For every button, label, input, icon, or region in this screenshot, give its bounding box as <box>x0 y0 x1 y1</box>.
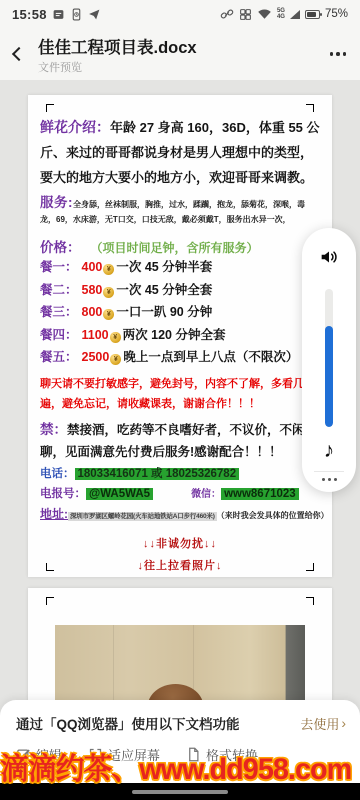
forbid-paragraph: 禁：禁接酒，吃药等不良嗜好者，不议价，不闲聊，见面满意先付费后服务!感谢配合！！… <box>40 419 320 463</box>
forbid-label: 禁： <box>40 422 67 437</box>
meal-label: 餐二： <box>40 283 78 297</box>
battery-percent: 75% <box>325 8 348 20</box>
phone-screen: 15:58 5G 4G <box>0 0 360 800</box>
telegram-wechat-row: 电报号：@WA5WA5微信：www8671023 <box>40 486 320 503</box>
music-note-icon[interactable]: ♪ <box>324 439 335 463</box>
telegram-icon <box>88 8 101 21</box>
meal-label: 餐三： <box>40 305 78 319</box>
meal-desc: 一次 45 分钟半套 <box>116 260 212 274</box>
crop-mark <box>46 597 54 605</box>
notice-line-2: ↓往上拉看照片↓ <box>40 557 320 573</box>
price-note: （项目时间足钟，含所有服务） <box>97 241 259 255</box>
floating-media-panel: ♪ <box>302 228 356 492</box>
meal-price: 400 <box>82 260 103 274</box>
wechat-label: 微信： <box>191 489 221 500</box>
phone-row: 电话：18033416071 或 18025326782 <box>40 466 320 483</box>
wifi-icon <box>257 8 272 20</box>
money-bag-icon: ¥ <box>103 287 114 298</box>
meal-row: 餐一：400¥一次 45 分钟半套 <box>40 256 320 279</box>
price-label: 价格： <box>40 240 81 255</box>
money-bag-icon: ¥ <box>103 264 114 275</box>
crop-mark <box>46 104 54 112</box>
volume-slider[interactable] <box>325 289 333 427</box>
telegram-handle: @WA5WA5 <box>86 488 153 500</box>
warning-text: 聊天请不要打敏感字，避免封号，内容不了解，多看几遍，避免忘记，请收藏课表，谢谢合… <box>40 374 320 414</box>
signal-icon <box>290 10 300 19</box>
network-type-label: 5G 4G <box>277 8 285 20</box>
meal-price: 800 <box>82 305 103 319</box>
crop-mark <box>306 563 314 571</box>
battery-icon <box>305 10 320 19</box>
meal-price: 1100 <box>82 328 109 342</box>
address-row: 地址:深圳市罗湖区螺岭花园(火车站地铁站A口步行460米)（来时我会发具体的位置… <box>40 506 320 525</box>
meal-desc: 一次 45 分钟全套 <box>116 283 212 297</box>
gesture-pill[interactable] <box>132 790 228 794</box>
address-label: 地址: <box>40 507 68 521</box>
intro-paragraph: 鲜花介绍：年龄 27 身高 160，36D，体重 55 公斤、来过的哥哥都说身材… <box>40 115 320 190</box>
link-icon <box>220 7 234 21</box>
meal-price: 2500 <box>82 350 110 364</box>
meal-desc: 晚上一点到早上八点（不限次） <box>123 350 298 364</box>
document-title: 佳佳工程项目表.docx <box>38 34 330 58</box>
telegram-label: 电报号： <box>40 488 86 500</box>
go-use-button[interactable]: 去使用› <box>300 714 346 733</box>
notice-line-1: ↓↓非诚勿扰↓↓ <box>40 535 320 551</box>
status-bar: 15:58 5G 4G <box>0 0 360 28</box>
services-paragraph: 服务:全身舔，丝袜制服，胸推，过水，蹂躏，抱龙，舔菊花，深喉，毒龙，69，水床游… <box>40 195 320 227</box>
crop-mark <box>46 563 54 571</box>
address-note: （来时我会发具体的位置给你） <box>217 511 329 520</box>
money-bag-icon: ¥ <box>110 354 121 365</box>
meal-desc: 两次 120 分钟全套 <box>123 328 226 342</box>
meal-price: 580 <box>82 283 103 297</box>
meal-label: 餐一： <box>40 260 78 274</box>
services-text: 全身舔，丝袜制服，胸推，过水，蹂躏，抱龙，舔菊花，深喉，毒龙，69，水床游，无T… <box>40 200 305 224</box>
speaker-icon[interactable] <box>318 246 340 273</box>
phone-label: 电话： <box>40 468 75 480</box>
meal-label: 餐四： <box>40 328 78 342</box>
dual-sim-icon <box>239 8 252 21</box>
services-label: 服务: <box>40 195 73 210</box>
meal-label: 餐五： <box>40 350 78 364</box>
document-page-2 <box>28 588 332 716</box>
phone-numbers: 18033416071 或 18025326782 <box>75 468 240 480</box>
chevron-right-icon: › <box>341 715 346 731</box>
document-page-1: 鲜花介绍：年龄 27 身高 160，36D，体重 55 公斤、来过的哥哥都说身材… <box>28 95 332 577</box>
crop-mark <box>306 104 314 112</box>
price-heading: 价格：（项目时间足钟，含所有服务） <box>40 236 320 256</box>
crop-mark <box>306 597 314 605</box>
intro-label: 鲜花介绍： <box>40 119 110 135</box>
back-icon[interactable] <box>12 47 26 61</box>
address-value: 深圳市罗湖区螺岭花园(火车站地铁站A口步行460米) <box>68 512 217 521</box>
more-menu-icon[interactable] <box>330 52 347 56</box>
banner-title: 通过「QQ浏览器」使用以下文档功能 <box>16 713 240 733</box>
app-bar: 佳佳工程项目表.docx 文件预览 <box>0 28 360 80</box>
wechat-id: www8671023 <box>221 488 299 500</box>
money-bag-icon: ¥ <box>103 309 114 320</box>
forbid-text: 禁接酒，吃药等不良嗜好者，不议价，不闲聊，见面满意先付费后服务!感谢配合！！！ <box>40 423 305 459</box>
meal-row: 餐四：1100¥两次 120 分钟全套 <box>40 324 320 347</box>
clock-time: 15:58 <box>12 7 47 22</box>
meal-desc: 一口一趴 90 分钟 <box>116 305 212 319</box>
phone-clock-icon <box>70 8 83 21</box>
message-icon <box>52 8 65 21</box>
money-bag-icon: ¥ <box>110 332 121 343</box>
meal-row: 餐五：2500¥晚上一点到早上八点（不限次） <box>40 346 320 369</box>
volume-slider-fill <box>325 326 333 427</box>
meal-row: 餐二：580¥一次 45 分钟全套 <box>40 279 320 302</box>
meal-row: 餐三：800¥一口一趴 90 分钟 <box>40 301 320 324</box>
panel-more-icon[interactable] <box>322 478 337 481</box>
watermark-text: 滴滴约茶、www.dd958.com <box>0 744 346 788</box>
document-subtitle: 文件预览 <box>38 59 330 75</box>
panel-divider <box>314 471 344 472</box>
